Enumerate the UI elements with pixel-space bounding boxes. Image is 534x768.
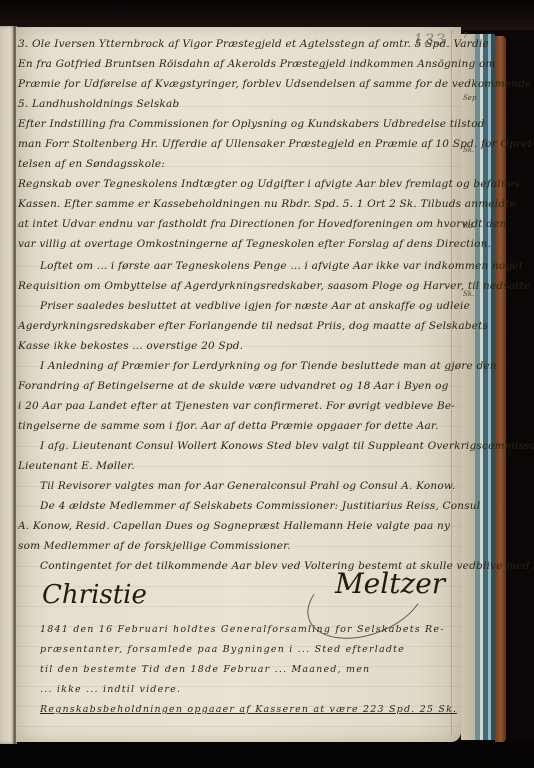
- right-margin-notes: 7 Sep Sk. Rd. Sk.: [462, 30, 476, 730]
- page-margin-rule: [451, 30, 452, 735]
- manuscript-line: Forandring af Betingelserne at de skulde…: [18, 380, 449, 392]
- manuscript-line: tingelserne de samme som i fjor. Aar af …: [18, 420, 439, 432]
- manuscript-line: Requisition om Ombyttelse af Agerdyrknin…: [18, 280, 531, 292]
- manuscript-line: Præmie for Udførelse af Kvægstyringer, f…: [18, 78, 534, 90]
- lower-entry-line: til den bestemte Tid den 18de Februar ..…: [40, 664, 370, 675]
- manuscript-line: i 20 Aar paa Landet efter at Tjenesten v…: [18, 400, 455, 412]
- manuscript-line: A. Konow, Resid. Capellan Dues og Sognep…: [18, 520, 450, 532]
- manuscript-line: Til Revisorer valgtes man for Aar Genera…: [18, 480, 455, 492]
- signature-left: Christie: [42, 580, 147, 610]
- manuscript-line: Agerdyrkningsredskaber efter Forlangende…: [18, 320, 488, 332]
- manuscript-line: som Medlemmer af de forskjellige Commiss…: [18, 540, 291, 552]
- manuscript-line: man Forr Stoltenberg Hr. Ufferdie af Ull…: [18, 138, 534, 150]
- manuscript-line: Regnskab over Tegneskolens Indtægter og …: [18, 178, 520, 190]
- signature-right: Meltzer: [335, 567, 445, 600]
- lower-entry-line: Regnskabsbeholdningen opgaaer af Kassere…: [40, 704, 457, 715]
- lower-entry-line: ... ikke ... indtil videre.: [40, 684, 181, 695]
- manuscript-line: Lieutenant E. Møller.: [18, 460, 135, 472]
- manuscript-line: En fra Gotfried Bruntsen Röisdahn af Ake…: [18, 58, 496, 70]
- dark-background-bottom: [0, 742, 534, 768]
- manuscript-line: I Anledning af Præmier for Lerdyrkning o…: [18, 360, 497, 372]
- manuscript-line: telsen af en Søndagsskole:: [18, 158, 165, 170]
- manuscript-line: Kasse ikke bekostes ... overstige 20 Spd…: [18, 340, 243, 352]
- manuscript-line: I afg. Lieutenant Consul Wollert Konows …: [18, 440, 534, 452]
- manuscript-line: 3. Ole Iversen Ytternbrock af Vigor Præs…: [18, 38, 489, 50]
- manuscript-line: Efter Indstilling fra Commissionen for O…: [18, 118, 485, 130]
- manuscript-line: De 4 ældste Medlemmer af Selskabets Comm…: [18, 500, 480, 512]
- manuscript-line: Kassen. Efter samme er Kassebeholdningen…: [18, 198, 516, 210]
- manuscript-line: Priser saaledes besluttet at vedblive ig…: [18, 300, 470, 312]
- manuscript-line: Contingentet for det tilkommende Aar ble…: [18, 560, 534, 572]
- dark-background-top: [0, 0, 534, 30]
- lower-entry-line: 1841 den 16 Februari holdtes Generalfors…: [40, 624, 445, 635]
- manuscript-line: Loftet om ... i første aar Tegneskolens …: [18, 260, 523, 272]
- lower-entry-line: præsentanter, forsamlede paa Bygningen i…: [40, 644, 405, 655]
- manuscript-line: var villig at overtage Omkostningerne af…: [18, 238, 491, 250]
- manuscript-line: 5. Landhusholdnings Selskab: [18, 98, 179, 110]
- manuscript-line: at intet Udvar endnu var fastholdt fra D…: [18, 218, 506, 230]
- margin-note: Sep: [463, 94, 476, 102]
